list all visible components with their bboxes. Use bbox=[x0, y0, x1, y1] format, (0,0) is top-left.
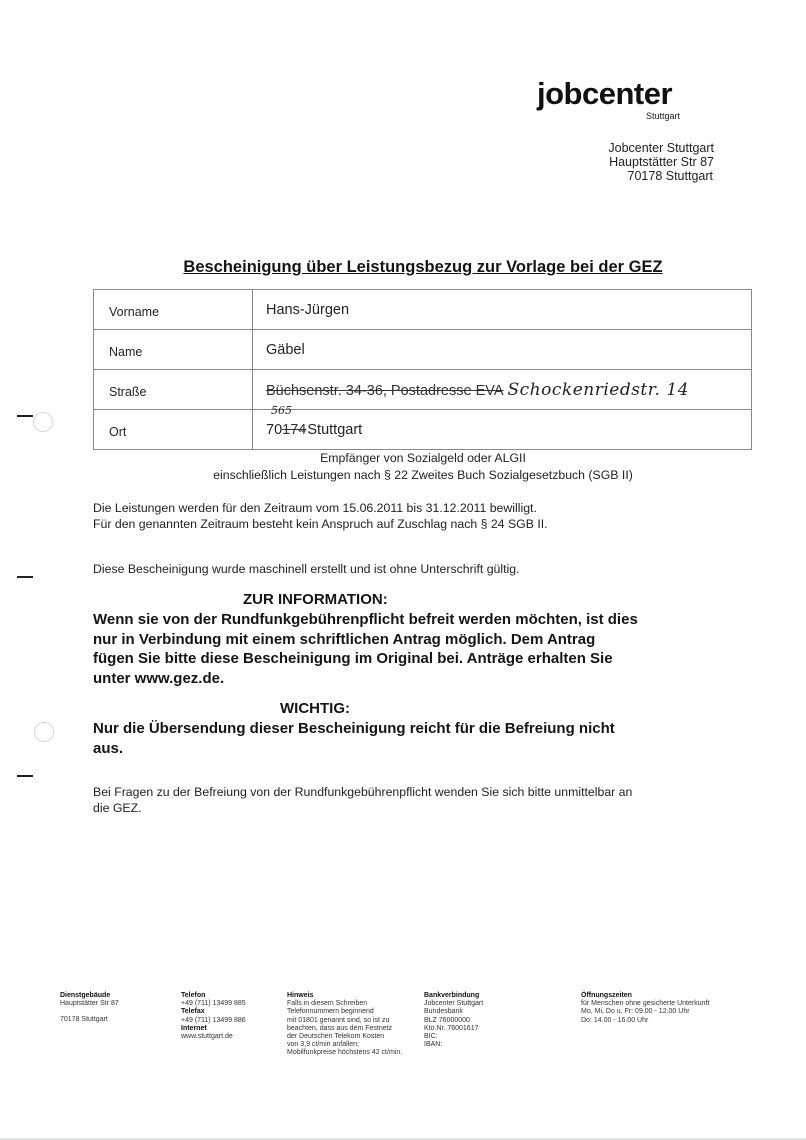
footer-office-heading: Dienstgebäude bbox=[60, 992, 110, 999]
info-heading: ZUR INFORMATION: bbox=[243, 591, 388, 608]
row-value: Hans-Jürgen bbox=[253, 290, 752, 330]
footer-office: Dienstgebäude Hauptstätter Str 87 70178 … bbox=[60, 992, 119, 1025]
benefit-period: Die Leistungen werden für den Zeitraum v… bbox=[93, 500, 548, 532]
handwritten-new-address: Schockenriedstr. 14 bbox=[508, 380, 689, 400]
questions-line: die GEZ. bbox=[93, 800, 632, 816]
questions-note: Bei Fragen zu der Befreiung von der Rund… bbox=[93, 784, 632, 816]
footer-web-link[interactable]: www.stuttgart.de bbox=[181, 1033, 246, 1041]
footer-notice-heading: Hinweis bbox=[287, 992, 313, 999]
footer-bank: Bankverbindung Jobcenter Stuttgart Bunde… bbox=[424, 992, 483, 1049]
footer-hours: Öffnungszeiten für Menschen ohne gesiche… bbox=[581, 992, 709, 1025]
footer-notice-line: Mobilfunkpreise höchstens 42 ct/min. bbox=[287, 1049, 402, 1057]
row-value: 565 70174 Stuttgart bbox=[253, 410, 752, 450]
period-line: Für den genannten Zeitraum besteht kein … bbox=[93, 516, 548, 532]
city: Stuttgart bbox=[307, 422, 362, 438]
sender-line: Hauptstätter Str 87 bbox=[608, 155, 714, 169]
struck-old-address: Büchsenstr. 34-36, Postadresse EVA bbox=[266, 383, 504, 399]
document-title: Bescheinigung über Leistungsbezug zur Vo… bbox=[0, 258, 806, 277]
footer-bank-line: BLZ 76000000 bbox=[424, 1017, 483, 1025]
punch-hole-mark bbox=[34, 722, 54, 742]
footer-bank-line: Jobcenter Stuttgart bbox=[424, 1000, 483, 1008]
footer-office-line: Hauptstätter Str 87 bbox=[60, 1000, 119, 1008]
footer-fax: +49 (711) 13499 886 bbox=[181, 1017, 246, 1025]
footer-phone-label: Telefon bbox=[181, 992, 205, 999]
footer-office-line bbox=[60, 1008, 119, 1016]
handwritten-postcode-correction: 565 bbox=[271, 404, 292, 417]
footer-notice-line: der Deutschen Telekom Kosten bbox=[287, 1033, 402, 1041]
info-line: unter www.gez.de. bbox=[93, 669, 638, 689]
footer-phone: +49 (711) 13499 885 bbox=[181, 1000, 246, 1008]
sender-line: Jobcenter Stuttgart bbox=[608, 141, 714, 155]
row-value: Büchsenstr. 34-36, Postadresse EVASchock… bbox=[253, 370, 752, 410]
machine-generated-note: Diese Bescheinigung wurde maschinell ers… bbox=[93, 561, 520, 577]
table-row-strasse: Straße Büchsenstr. 34-36, Postadresse EV… bbox=[94, 370, 752, 410]
row-value: Gäbel bbox=[253, 330, 752, 370]
row-label: Vorname bbox=[94, 290, 253, 330]
footer-bank-line: Kto.Nr. 76001617 bbox=[424, 1025, 483, 1033]
footer-bank-line: Bundesbank bbox=[424, 1008, 483, 1016]
row-label: Straße bbox=[94, 370, 253, 410]
important-line: Nur die Übersendung dieser Bescheinigung… bbox=[93, 719, 615, 739]
footer-notice: Hinweis Falls in diesem Schreiben Telefo… bbox=[287, 992, 402, 1058]
table-row-ort: Ort 565 70174 Stuttgart bbox=[94, 410, 752, 450]
row-label: Ort bbox=[94, 410, 253, 450]
footer-hours-line: Do: 14.00 - 16.00 Uhr bbox=[581, 1017, 709, 1025]
info-text: Wenn sie von der Rundfunkgebührenpflicht… bbox=[93, 610, 638, 688]
recipient-description: Empfänger von Sozialgeld oder ALGII eins… bbox=[0, 450, 806, 484]
period-line: Die Leistungen werden für den Zeitraum v… bbox=[93, 500, 548, 516]
footer-bank-line: IBAN: bbox=[424, 1041, 483, 1049]
footer-office-line: 70178 Stuttgart bbox=[60, 1016, 119, 1024]
punch-hole-mark bbox=[33, 412, 53, 432]
footer-web-label: Internet bbox=[181, 1025, 207, 1032]
info-line: Wenn sie von der Rundfunkgebührenpflicht… bbox=[93, 610, 638, 630]
table-row-vorname: Vorname Hans-Jürgen bbox=[94, 290, 752, 330]
recipient-line: Empfänger von Sozialgeld oder ALGII bbox=[0, 450, 806, 467]
fold-mark bbox=[17, 576, 33, 578]
footer-notice-line: beachten, dass aus dem Festnetz bbox=[287, 1025, 402, 1033]
fold-mark bbox=[17, 775, 33, 777]
info-line: fügen Sie bitte diese Bescheinigung im O… bbox=[93, 649, 638, 669]
important-line: aus. bbox=[93, 739, 615, 759]
footer-contact: Telefon +49 (711) 13499 885 Telefax +49 … bbox=[181, 992, 246, 1041]
footer-fax-label: Telefax bbox=[181, 1008, 205, 1015]
questions-line: Bei Fragen zu der Befreiung von der Rund… bbox=[93, 784, 632, 800]
footer-hours-heading: Öffnungszeiten bbox=[581, 992, 632, 999]
footer-notice-line: Falls in diesem Schreiben bbox=[287, 1000, 402, 1008]
recipient-line: einschließlich Leistungen nach § 22 Zwei… bbox=[0, 467, 806, 484]
important-text: Nur die Übersendung dieser Bescheinigung… bbox=[93, 719, 615, 758]
important-heading: WICHTIG: bbox=[280, 700, 350, 717]
personal-data-table: Vorname Hans-Jürgen Name Gäbel Straße Bü… bbox=[93, 289, 752, 450]
footer-bank-heading: Bankverbindung bbox=[424, 992, 479, 999]
footer-hours-line: Mo, Mi, Do u. Fr: 09.00 - 12.00 Uhr bbox=[581, 1008, 709, 1016]
jobcenter-logo-subtitle: Stuttgart bbox=[646, 111, 680, 121]
footer-notice-line: von 3,9 ct/min anfallen; bbox=[287, 1041, 402, 1049]
sender-address: Jobcenter Stuttgart Hauptstätter Str 87 … bbox=[608, 141, 714, 183]
info-line: nur in Verbindung mit einem schriftliche… bbox=[93, 630, 638, 650]
footer-hours-line: für Menschen ohne gesicherte Unterkunft bbox=[581, 1000, 709, 1008]
postcode-prefix: 70 bbox=[266, 422, 282, 438]
footer-notice-line: mit 01801 genannt sind, so ist zu bbox=[287, 1017, 402, 1025]
fold-mark bbox=[17, 415, 33, 417]
jobcenter-logo: jobcenter bbox=[537, 76, 672, 112]
footer-bank-line: BIC: bbox=[424, 1033, 483, 1041]
table-row-name: Name Gäbel bbox=[94, 330, 752, 370]
footer-notice-line: Telefonnummern beginnend bbox=[287, 1008, 402, 1016]
struck-postcode-digits: 174 bbox=[282, 422, 306, 438]
sender-line: 70178 Stuttgart bbox=[608, 169, 714, 183]
row-label: Name bbox=[94, 330, 253, 370]
